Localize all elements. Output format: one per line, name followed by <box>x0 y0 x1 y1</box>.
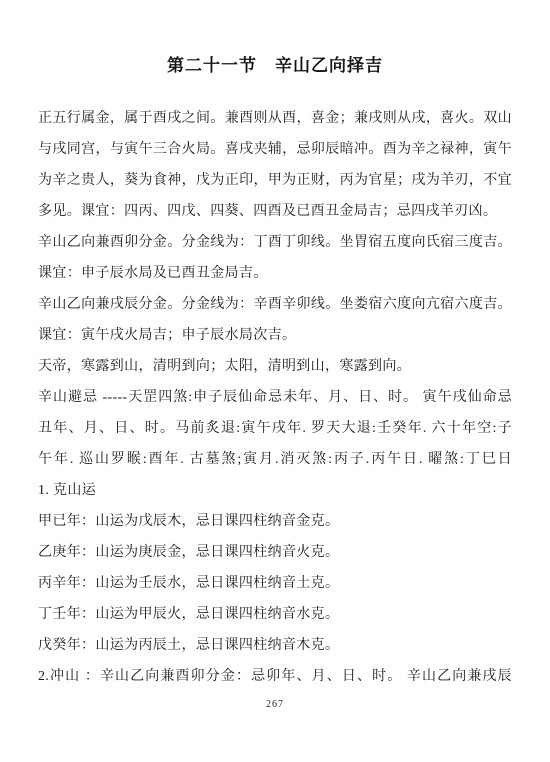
section-title: 第二十一节 辛山乙向择吉 <box>38 56 512 76</box>
text-line: 课宜：寅午戌火局吉；申子辰水局次吉。 <box>38 320 512 351</box>
text-line: 丑年、月、日、时。马前炙退:寅午戌年. 罗天大退:壬癸年. 六十年空:子 <box>38 413 512 444</box>
page-number: 267 <box>38 698 512 712</box>
text-line: 正五行属金，属于酉戌之间。兼酉则从酉，喜金；兼戌则从戌，喜火。双山 <box>38 103 512 134</box>
text-line: 辛山乙向兼戌辰分金。分金线为：辛酉辛卯线。坐娄宿六度向亢宿六度吉。 <box>38 289 512 320</box>
text-line: 与戌同宫，与寅午三合火局。喜戌夹辅，忌卯辰暗冲。酉为辛之禄神，寅午 <box>38 134 512 165</box>
text-line: 辛山乙向兼酉卯分金。分金线为：丁酉丁卯线。坐胃宿五度向氏宿三度吉。 <box>38 227 512 258</box>
text-line: 丁壬年：山运为甲辰火，忌日课四柱纳音水克。 <box>38 599 512 630</box>
text-line: 乙庚年：山运为庚辰金，忌日课四柱纳音火克。 <box>38 537 512 568</box>
text-line: 为辛之贵人，葵为食神，戊为正印，甲为正财，丙为官星；戌为羊刃，不宜 <box>38 165 512 196</box>
text-line: 多见。课宜：四丙、四戊、四葵、四酉及已酉丑金局吉；忌四戌羊刃凶。 <box>38 196 512 227</box>
document-page: 第二十一节 辛山乙向择吉 正五行属金，属于酉戌之间。兼酉则从酉，喜金；兼戌则从戌… <box>0 0 550 762</box>
text-line: 丙辛年：山运为壬辰水，忌日课四柱纳音土克。 <box>38 568 512 599</box>
text-line: 2.冲山 ：辛山乙向兼酉卯分金：忌卯年、月、日、时。 辛山乙向兼戌辰 <box>38 661 512 692</box>
text-line: 天帝，寒露到山，清明到向；太阳，清明到山，寒露到向。 <box>38 351 512 382</box>
text-line: 课宜：申子辰水局及已酉丑金局吉。 <box>38 258 512 289</box>
text-line: 辛山避忌 -----天罡四煞:申子辰仙命忌未年、月、日、时。 寅午戌仙命忌 <box>38 382 512 413</box>
text-line: 戊癸年：山运为丙辰土，忌日课四柱纳音木克。 <box>38 630 512 661</box>
text-line: 1. 克山运 <box>38 475 512 506</box>
text-line: 甲已年：山运为戊辰木，忌日课四柱纳音金克。 <box>38 506 512 537</box>
body-text: 正五行属金，属于酉戌之间。兼酉则从酉，喜金；兼戌则从戌，喜火。双山与戌同宫，与寅… <box>38 103 512 692</box>
text-line: 午年. 巡山罗睺:酉年. 古墓煞;寅月.消灭煞:丙子.丙午日. 曜煞:丁巳日 <box>38 444 512 475</box>
